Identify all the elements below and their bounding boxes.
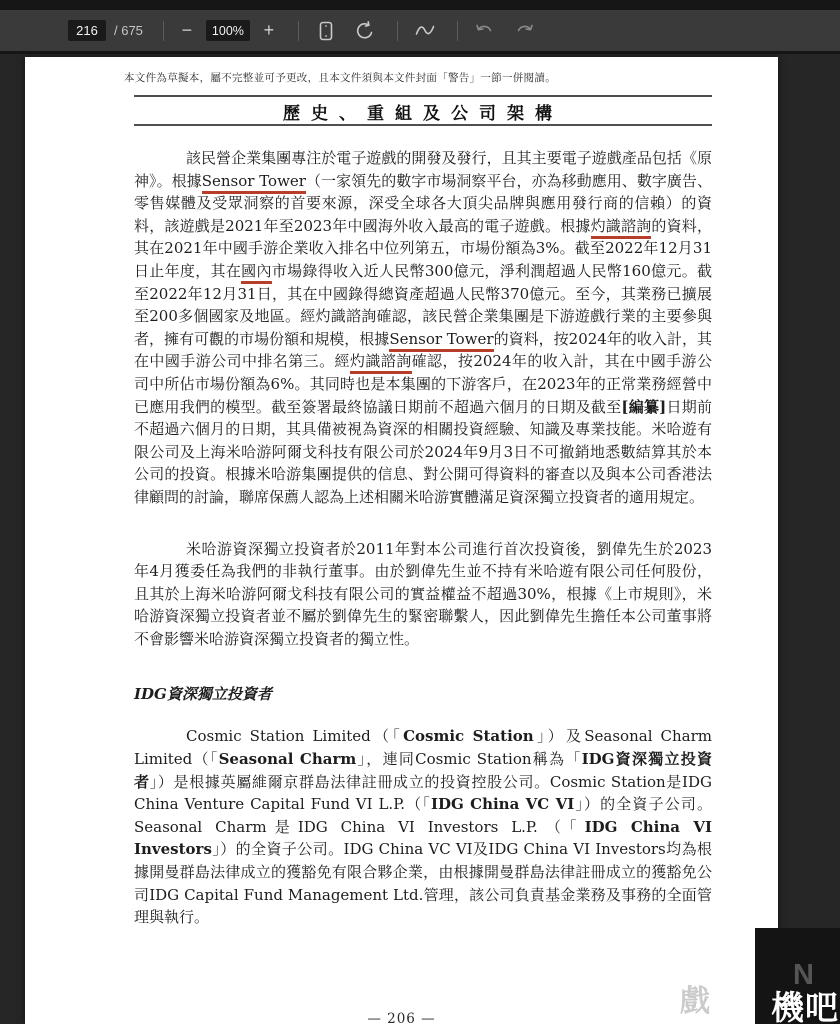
pdf-viewer-canvas[interactable]: 本文件為草擬本，屬不完整並可予更改，且本文件須與本文件封面「警告」一節一併閱讀。… bbox=[0, 57, 840, 1024]
pdf-page: 本文件為草擬本，屬不完整並可予更改，且本文件須與本文件封面「警告」一節一併閱讀。… bbox=[25, 57, 778, 1024]
fit-page-icon bbox=[315, 20, 337, 42]
red-underline-annotation: 灼識諮詢 bbox=[350, 352, 412, 374]
bold-term: IDG China VI Investors bbox=[134, 818, 712, 859]
draft-disclaimer: 本文件為草擬本，屬不完整並可予更改，且本文件須與本文件封面「警告」一節一併閱讀。 bbox=[124, 70, 556, 85]
watermark-faint-char: 戲 bbox=[680, 976, 710, 1020]
redo-icon bbox=[513, 20, 535, 42]
page-number-input[interactable] bbox=[68, 20, 106, 41]
rotate-ccw-icon bbox=[354, 20, 376, 42]
zoom-in-button[interactable]: + bbox=[260, 20, 278, 41]
watermark-text: 機吧 bbox=[771, 982, 839, 1024]
zoom-out-button[interactable]: − bbox=[178, 20, 196, 41]
paragraph-mihoyo: 米哈游資深獨立投資者於2011年對本公司進行首次投資後，劉偉先生於2023年4月… bbox=[134, 538, 712, 651]
toolbar-separator bbox=[163, 21, 164, 41]
redo-button[interactable] bbox=[512, 19, 536, 43]
document-body: 該民營企業集團專注於電子遊戲的開發及發行，且其主要電子遊戲產品包括《原神》。根據… bbox=[134, 147, 712, 929]
bold-term: Seasonal Charm bbox=[219, 750, 357, 768]
bold-term: IDG China VC VI bbox=[431, 795, 574, 813]
red-underline-annotation: Sensor Tower bbox=[389, 330, 493, 352]
title-rule-top bbox=[134, 95, 712, 97]
subsection-heading-idg: IDG資深獨立投資者 bbox=[134, 683, 712, 704]
page-title: 歷史、重組及公司架構 bbox=[134, 99, 712, 124]
undo-icon bbox=[474, 20, 496, 42]
bold-term: Cosmic Station bbox=[403, 727, 534, 745]
bold-term: [編纂] bbox=[621, 398, 666, 416]
page-count-label: / 675 bbox=[114, 23, 143, 38]
browser-top-strip bbox=[0, 0, 840, 10]
title-rule-bottom bbox=[134, 124, 712, 126]
toolbar-separator bbox=[457, 21, 458, 41]
red-underline-annotation: 灼識諮詢 bbox=[591, 217, 652, 239]
paragraph-idg: Cosmic Station Limited（「Cosmic Station」）… bbox=[134, 725, 712, 928]
red-underline-annotation: Sensor Tower bbox=[202, 172, 306, 194]
undo-button[interactable] bbox=[473, 19, 497, 43]
rotate-button[interactable] bbox=[353, 19, 377, 43]
pdf-viewer-window: / 675 − 100% + bbox=[0, 0, 840, 1024]
toolbar-separator bbox=[298, 21, 299, 41]
fit-page-button[interactable] bbox=[314, 19, 338, 43]
page-footer-number: — 206 — bbox=[25, 1011, 778, 1024]
pdf-toolbar: / 675 − 100% + bbox=[0, 10, 840, 54]
zoom-level-button[interactable]: 100% bbox=[206, 20, 250, 41]
paragraph-overview: 該民營企業集團專注於電子遊戲的開發及發行，且其主要電子遊戲產品包括《原神》。根據… bbox=[134, 147, 712, 509]
toolbar-separator bbox=[397, 21, 398, 41]
red-underline-annotation: 國內 bbox=[241, 262, 272, 284]
draw-button[interactable] bbox=[413, 19, 437, 43]
ink-draw-icon bbox=[414, 20, 436, 42]
